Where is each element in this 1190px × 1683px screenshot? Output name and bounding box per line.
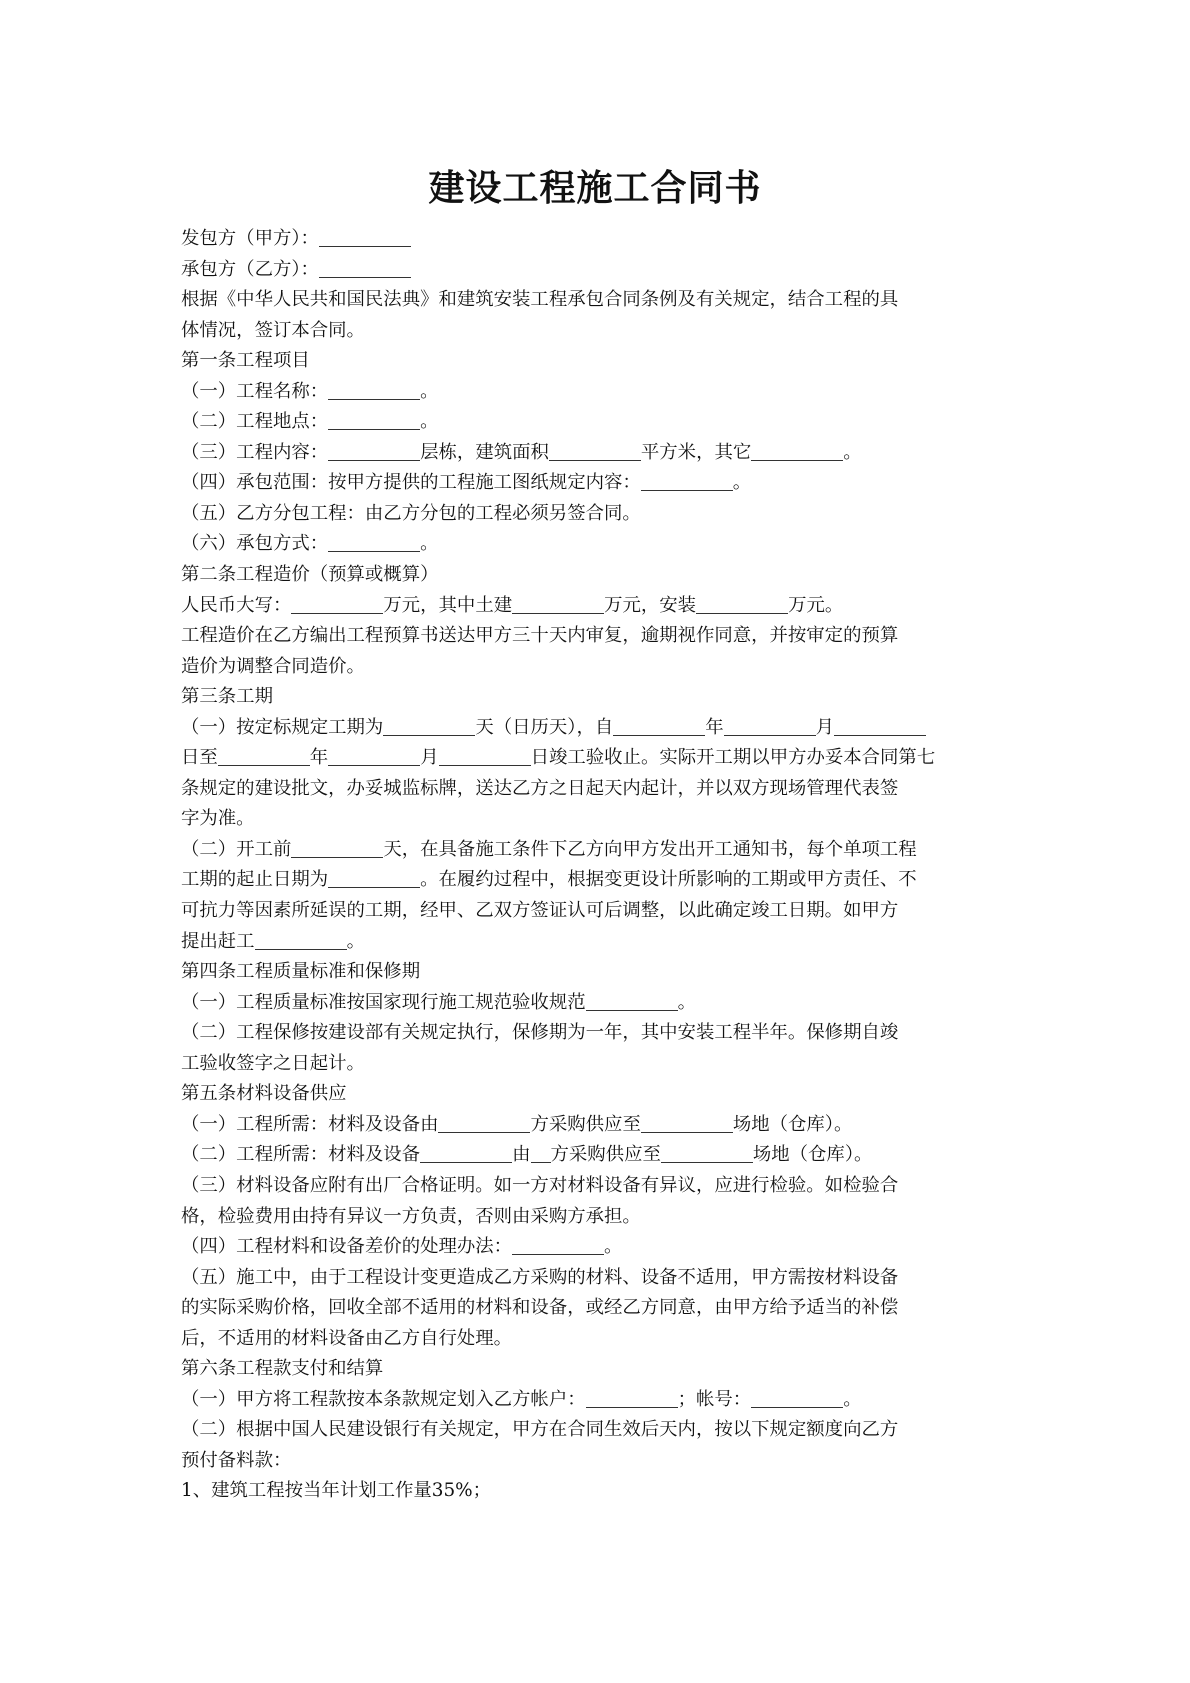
line-text: 天，在具备施工条件下乙方向甲方发出开工通知书，每个单项工程 (383, 839, 916, 860)
line-text: 后，不适用的材料设备由乙方自行处理。 (181, 1328, 512, 1349)
document-line: 工验收签字之日起计。 (181, 1049, 1021, 1080)
document-line: （二）工程地点：。 (181, 407, 1021, 438)
line-text: （二）工程所需：材料及设备 (181, 1144, 420, 1165)
document-line: （三）材料设备应附有出厂合格证明。如一方对材料设备有异议，应进行检验。如检验合 (181, 1171, 1021, 1202)
line-text: 天（日历天），自 (475, 717, 613, 738)
line-text: 月 (420, 747, 438, 768)
document-line: （五）施工中，由于工程设计变更造成乙方采购的材料、设备不适用，甲方需按材料设备 (181, 1263, 1021, 1294)
line-text: 。 (604, 1236, 622, 1257)
line-text: 由 (512, 1144, 530, 1165)
document-line: 预付备料款： (181, 1446, 1021, 1477)
fill-in-blank[interactable] (383, 715, 475, 736)
document-line: （二）工程所需：材料及设备由方采购供应至场地（仓库）。 (181, 1140, 1021, 1171)
line-text: 条规定的建设批文，办妥城监标牌，送达乙方之日起天内起计，并以双方现场管理代表签 (181, 778, 898, 799)
line-text: （一）甲方将工程款按本条款规定划入乙方帐户： (181, 1389, 586, 1410)
line-text: 第六条工程款支付和结算 (181, 1358, 383, 1379)
line-text: （五）施工中，由于工程设计变更造成乙方采购的材料、设备不适用，甲方需按材料设备 (181, 1267, 898, 1288)
article-heading: 第六条工程款支付和结算 (181, 1354, 1021, 1385)
document-title: 建设工程施工合同书 (0, 166, 1190, 210)
fill-in-blank[interactable] (328, 867, 420, 888)
fill-in-blank[interactable] (420, 1142, 512, 1163)
document-line: 体情况，签订本合同。 (181, 316, 1021, 347)
line-text: （二）开工前 (181, 839, 291, 860)
document-line: 根据《中华人民共和国民法典》和建筑安装工程承包合同条例及有关规定，结合工程的具 (181, 285, 1021, 316)
fill-in-blank[interactable] (291, 837, 383, 858)
document-body: 发包方（甲方）：承包方（乙方）：根据《中华人民共和国民法典》和建筑安装工程承包合… (181, 224, 1021, 1507)
document-line: （一）工程所需：材料及设备由方采购供应至场地（仓库）。 (181, 1110, 1021, 1141)
document-line: 的实际采购价格，回收全部不适用的材料和设备，或经乙方同意，由甲方给予适当的补偿 (181, 1293, 1021, 1324)
document-line: 可抗力等因素所延误的工期，经甲、乙双方签证认可后调整，以此确定竣工日期。如甲方 (181, 896, 1021, 927)
line-text: 第二条工程造价（预算或概算） (181, 564, 438, 585)
line-text: 第五条材料设备供应 (181, 1083, 347, 1104)
document-line: 工程造价在乙方编出工程预算书送达甲方三十天内审复，逾期视作同意，并按审定的预算 (181, 621, 1021, 652)
line-text: 格，检验费用由持有异议一方负责，否则由采购方承担。 (181, 1206, 641, 1227)
article-heading: 第三条工期 (181, 682, 1021, 713)
line-text: 工验收签字之日起计。 (181, 1053, 365, 1074)
fill-in-blank[interactable] (328, 745, 420, 766)
article-heading: 第五条材料设备供应 (181, 1079, 1021, 1110)
document-line: （二）开工前天，在具备施工条件下乙方向甲方发出开工通知书，每个单项工程 (181, 835, 1021, 866)
line-text: 方采购供应至 (530, 1114, 640, 1135)
fill-in-blank[interactable] (661, 1142, 753, 1163)
fill-in-blank[interactable] (319, 226, 411, 247)
line-text: （五）乙方分包工程：由乙方分包的工程必须另签合同。 (181, 503, 641, 524)
line-text: 。 (420, 411, 438, 432)
document-line: （三）工程内容：层栋，建筑面积平方米，其它。 (181, 438, 1021, 469)
line-text: 。 (347, 931, 365, 952)
fill-in-blank[interactable] (438, 1112, 530, 1133)
line-text: 。 (733, 472, 751, 493)
document-line: （四）工程材料和设备差价的处理办法：。 (181, 1232, 1021, 1263)
fill-in-blank[interactable] (328, 409, 420, 430)
fill-in-blank[interactable] (328, 440, 420, 461)
line-text: 第三条工期 (181, 686, 273, 707)
line-text: ；帐号： (678, 1389, 752, 1410)
line-text: （一）工程名称： (181, 381, 328, 402)
line-text: 根据《中华人民共和国民法典》和建筑安装工程承包合同条例及有关规定，结合工程的具 (181, 289, 898, 310)
fill-in-blank[interactable] (255, 929, 347, 950)
line-text: 万元，其中土建 (383, 595, 512, 616)
line-text: 1、建筑工程按当年计划工作量35%； (181, 1480, 491, 1501)
line-text: 的实际采购价格，回收全部不适用的材料和设备，或经乙方同意，由甲方给予适当的补偿 (181, 1297, 898, 1318)
line-text: （四）工程材料和设备差价的处理办法： (181, 1236, 512, 1257)
article-heading: 第四条工程质量标准和保修期 (181, 957, 1021, 988)
line-text: 工期的起止日期为 (181, 869, 328, 890)
line-text: 第一条工程项目 (181, 350, 310, 371)
line-text: 工程造价在乙方编出工程预算书送达甲方三十天内审复，逾期视作同意，并按审定的预算 (181, 625, 898, 646)
line-text: （一）工程质量标准按国家现行施工规范验收规范 (181, 992, 586, 1013)
document-line: （四）承包范围：按甲方提供的工程施工图纸规定内容：。 (181, 468, 1021, 499)
line-text: （一）按定标规定工期为 (181, 717, 383, 738)
fill-in-blank[interactable] (641, 1112, 733, 1133)
document-line: 条规定的建设批文，办妥城监标牌，送达乙方之日起天内起计，并以双方现场管理代表签 (181, 774, 1021, 805)
line-text: （三）工程内容： (181, 442, 328, 463)
document-line: 造价为调整合同造价。 (181, 652, 1021, 683)
document-line: （六）承包方式：。 (181, 529, 1021, 560)
line-text: （四）承包范围：按甲方提供的工程施工图纸规定内容： (181, 472, 641, 493)
fill-in-blank[interactable] (549, 440, 641, 461)
document-line: 提出赶工。 (181, 927, 1021, 958)
line-text: 造价为调整合同造价。 (181, 656, 365, 677)
document-page: 建设工程施工合同书 发包方（甲方）：承包方（乙方）：根据《中华人民共和国民法典》… (0, 0, 1190, 1683)
fill-in-blank[interactable] (696, 593, 788, 614)
line-text: 。 (678, 992, 696, 1013)
line-text: 字为准。 (181, 808, 255, 829)
line-text: 可抗力等因素所延误的工期，经甲、乙双方签证认可后调整，以此确定竣工日期。如甲方 (181, 900, 898, 921)
line-text: （一）工程所需：材料及设备由 (181, 1114, 438, 1135)
fill-in-blank[interactable] (291, 593, 383, 614)
fill-in-blank[interactable] (586, 1387, 678, 1408)
line-text: （二）根据中国人民建设银行有关规定，甲方在合同生效后天内，按以下规定额度向乙方 (181, 1419, 898, 1440)
line-text: 。 (420, 533, 438, 554)
line-text: 年 (705, 717, 723, 738)
line-text: 场地（仓库）。 (733, 1114, 853, 1135)
document-line: （五）乙方分包工程：由乙方分包的工程必须另签合同。 (181, 499, 1021, 530)
line-text: 。 (843, 1389, 861, 1410)
fill-in-blank[interactable] (328, 531, 420, 552)
document-line: （二）根据中国人民建设银行有关规定，甲方在合同生效后天内，按以下规定额度向乙方 (181, 1415, 1021, 1446)
line-text: 层栋，建筑面积 (420, 442, 549, 463)
document-line: 工期的起止日期为。在履约过程中，根据变更设计所影响的工期或甲方责任、不 (181, 865, 1021, 896)
line-text: 承包方（乙方）： (181, 259, 319, 280)
fill-in-blank[interactable] (613, 715, 705, 736)
article-heading: 第二条工程造价（预算或概算） (181, 560, 1021, 591)
fill-in-blank[interactable] (531, 1142, 551, 1163)
document-line: 格，检验费用由持有异议一方负责，否则由采购方承担。 (181, 1202, 1021, 1233)
fill-in-blank[interactable] (641, 470, 733, 491)
line-text: 月 (816, 717, 834, 738)
line-text: 发包方（甲方）： (181, 228, 319, 249)
document-line: 发包方（甲方）： (181, 224, 1021, 255)
document-line: （一）甲方将工程款按本条款规定划入乙方帐户：；帐号：。 (181, 1385, 1021, 1416)
fill-in-blank[interactable] (751, 440, 843, 461)
fill-in-blank[interactable] (751, 1387, 843, 1408)
line-text: 。在履约过程中，根据变更设计所影响的工期或甲方责任、不 (420, 869, 917, 890)
line-text: （二）工程保修按建设部有关规定执行，保修期为一年，其中安装工程半年。保修期自竣 (181, 1022, 898, 1043)
fill-in-blank[interactable] (319, 257, 411, 278)
document-line: 后，不适用的材料设备由乙方自行处理。 (181, 1324, 1021, 1355)
fill-in-blank[interactable] (724, 715, 816, 736)
line-text: 日竣工验收止。实际开工期以甲方办妥本合同第七 (531, 747, 936, 768)
fill-in-blank[interactable] (512, 593, 604, 614)
line-text: 方采购供应至 (551, 1144, 661, 1165)
document-line: 1、建筑工程按当年计划工作量35%； (181, 1476, 1021, 1507)
line-text: 人民币大写： (181, 595, 291, 616)
document-line: 日至年月日竣工验收止。实际开工期以甲方办妥本合同第七 (181, 743, 1021, 774)
document-line: 承包方（乙方）： (181, 255, 1021, 286)
fill-in-blank[interactable] (834, 715, 926, 736)
line-text: 年 (310, 747, 328, 768)
fill-in-blank[interactable] (439, 745, 531, 766)
line-text: 提出赶工 (181, 931, 255, 952)
line-text: 场地（仓库）。 (753, 1144, 873, 1165)
document-line: 字为准。 (181, 804, 1021, 835)
line-text: 。 (420, 381, 438, 402)
line-text: 万元，安装 (604, 595, 696, 616)
line-text: 第四条工程质量标准和保修期 (181, 961, 420, 982)
line-text: 体情况，签订本合同。 (181, 320, 365, 341)
fill-in-blank[interactable] (218, 745, 310, 766)
fill-in-blank[interactable] (328, 379, 420, 400)
document-line: （一）按定标规定工期为天（日历天），自年月 (181, 713, 1021, 744)
line-text: （三）材料设备应附有出厂合格证明。如一方对材料设备有异议，应进行检验。如检验合 (181, 1175, 898, 1196)
document-line: 人民币大写：万元，其中土建万元，安装万元。 (181, 591, 1021, 622)
line-text: 。 (843, 442, 861, 463)
article-heading: 第一条工程项目 (181, 346, 1021, 377)
line-text: 平方米，其它 (641, 442, 751, 463)
document-line: （二）工程保修按建设部有关规定执行，保修期为一年，其中安装工程半年。保修期自竣 (181, 1018, 1021, 1049)
line-text: （六）承包方式： (181, 533, 328, 554)
document-line: （一）工程名称：。 (181, 377, 1021, 408)
fill-in-blank[interactable] (586, 990, 678, 1011)
line-text: （二）工程地点： (181, 411, 328, 432)
line-text: 预付备料款： (181, 1450, 291, 1471)
line-text: 万元。 (788, 595, 843, 616)
line-text: 日至 (181, 747, 218, 768)
document-line: （一）工程质量标准按国家现行施工规范验收规范。 (181, 988, 1021, 1019)
fill-in-blank[interactable] (512, 1234, 604, 1255)
